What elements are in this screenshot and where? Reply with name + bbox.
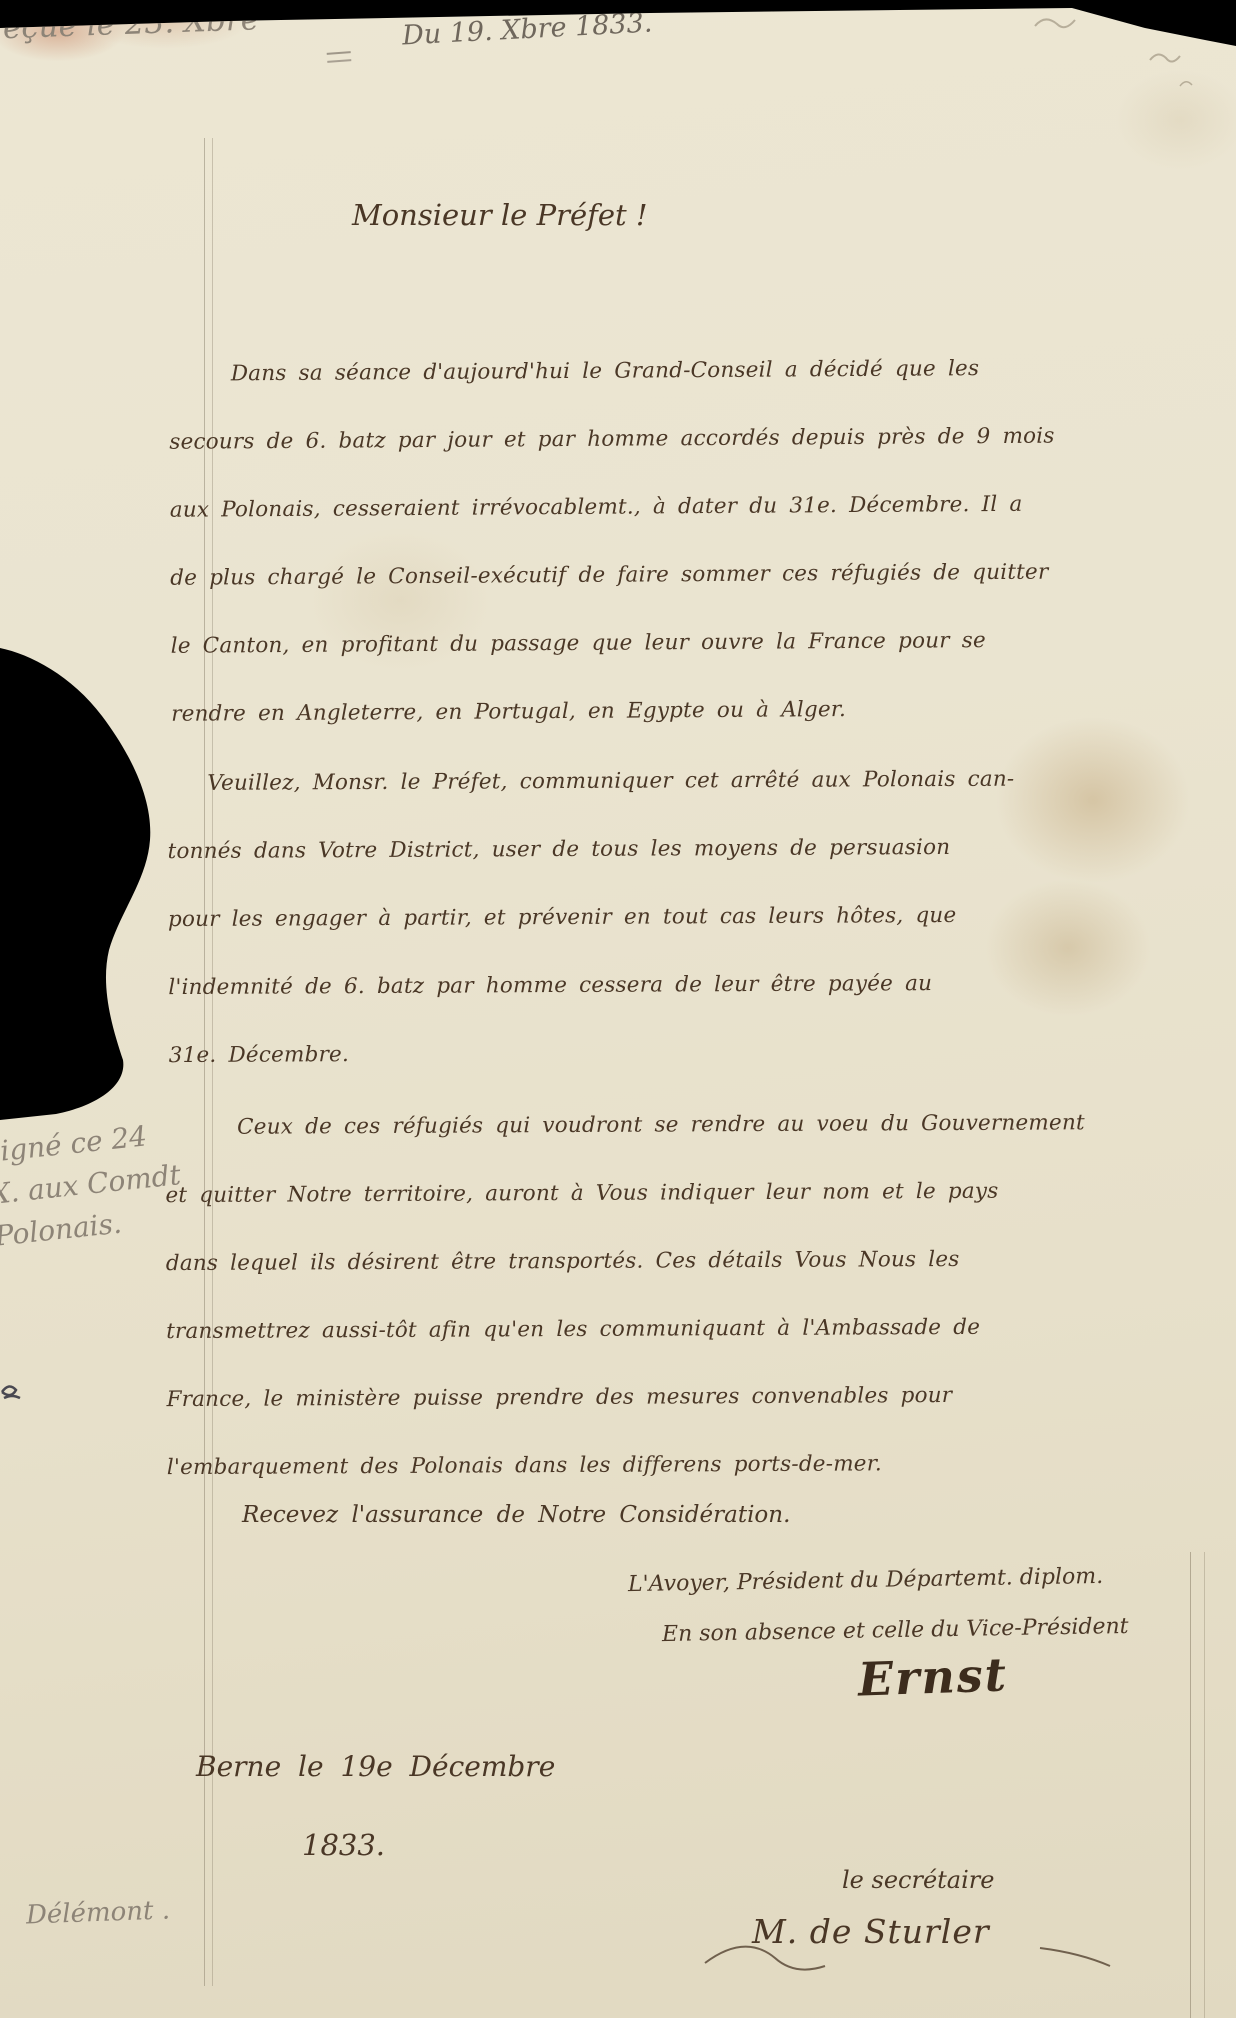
body-line: rendre en Angleterre, en Portugal, en Eg… (171, 675, 961, 749)
paragraph-3: Ceux de ces réfugiés qui voudront se ren… (165, 1090, 967, 1502)
body-line: France, le ministère puisse prendre des … (166, 1362, 966, 1434)
annotation-received-date: reçue le 23. Xbre (0, 1, 260, 46)
secretary-title: le secrétaire (842, 1866, 994, 1894)
body-line: l'embarquement des Polonais dans les dif… (167, 1430, 967, 1502)
margin-note: signé ce 24 X. aux Comdt Polonais. (0, 1112, 187, 1257)
signer-title-line-1: L'Avoyer, Président du Départemt. diplom… (628, 1564, 1104, 1597)
body-line: 31e. Décembre. (169, 1018, 959, 1090)
body-line: Dans sa séance d'aujourd'hui le Grand-Co… (169, 335, 959, 409)
signature-ernst: Ernst (857, 1647, 1009, 1706)
paragraph-2: Veuillez, Monsr. le Préfet, communiquer … (167, 746, 959, 1090)
body-line: Ceux de ces réfugiés qui voudront se ren… (165, 1090, 965, 1162)
salutation: Monsieur le Préfet ! (352, 198, 648, 232)
closing-line: Recevez l'assurance de Notre Considérati… (242, 1502, 790, 1528)
signer-title-line-2: En son absence et celle du Vice-Présiden… (662, 1614, 1129, 1647)
body-line: pour les engager à partir, et prévenir e… (168, 882, 958, 954)
annotation-underline-mark (327, 51, 352, 63)
body-line: secours de 6. batz par jour et par homme… (169, 403, 959, 477)
body-line: aux Polonais, cesseraient irrévocablemt.… (170, 471, 960, 545)
dateline-place: Berne le 19e Décembre (196, 1750, 555, 1783)
body-line: transmettrez aussi-tôt afin qu'en les co… (166, 1294, 966, 1366)
torn-hole (0, 630, 170, 1130)
body-line: tonnés dans Votre District, user de tous… (167, 814, 957, 886)
annotation-filed-date: Du 19. Xbre 1833. (401, 7, 653, 51)
letter-page: reçue le 23. Xbre Du 19. Xbre 1833. Mons… (0, 0, 1236, 2018)
body-line: le Canton, en profitant du passage que l… (170, 607, 960, 681)
signature-flourish (700, 1928, 1120, 1988)
scanned-letter-photo: reçue le 23. Xbre Du 19. Xbre 1833. Mons… (0, 0, 1236, 2018)
body-line: de plus chargé le Conseil-exécutif de fa… (170, 539, 960, 613)
dateline-year: 1833. (302, 1828, 385, 1862)
body-line: Veuillez, Monsr. le Préfet, communiquer … (167, 746, 957, 818)
paragraph-1: Dans sa séance d'aujourd'hui le Grand-Co… (169, 335, 962, 749)
ink-blot-mark (0, 1378, 30, 1404)
delemont-note: Délémont . (26, 1895, 171, 1930)
body-line: et quitter Notre territoire, auront à Vo… (165, 1158, 965, 1230)
pencil-scribble-marks (1030, 8, 1220, 98)
body-line: l'indemnité de 6. batz par homme cessera… (168, 950, 958, 1022)
body-line: dans lequel ils désirent être transporté… (166, 1226, 966, 1298)
underlying-sheet-edge (1190, 1552, 1205, 2018)
